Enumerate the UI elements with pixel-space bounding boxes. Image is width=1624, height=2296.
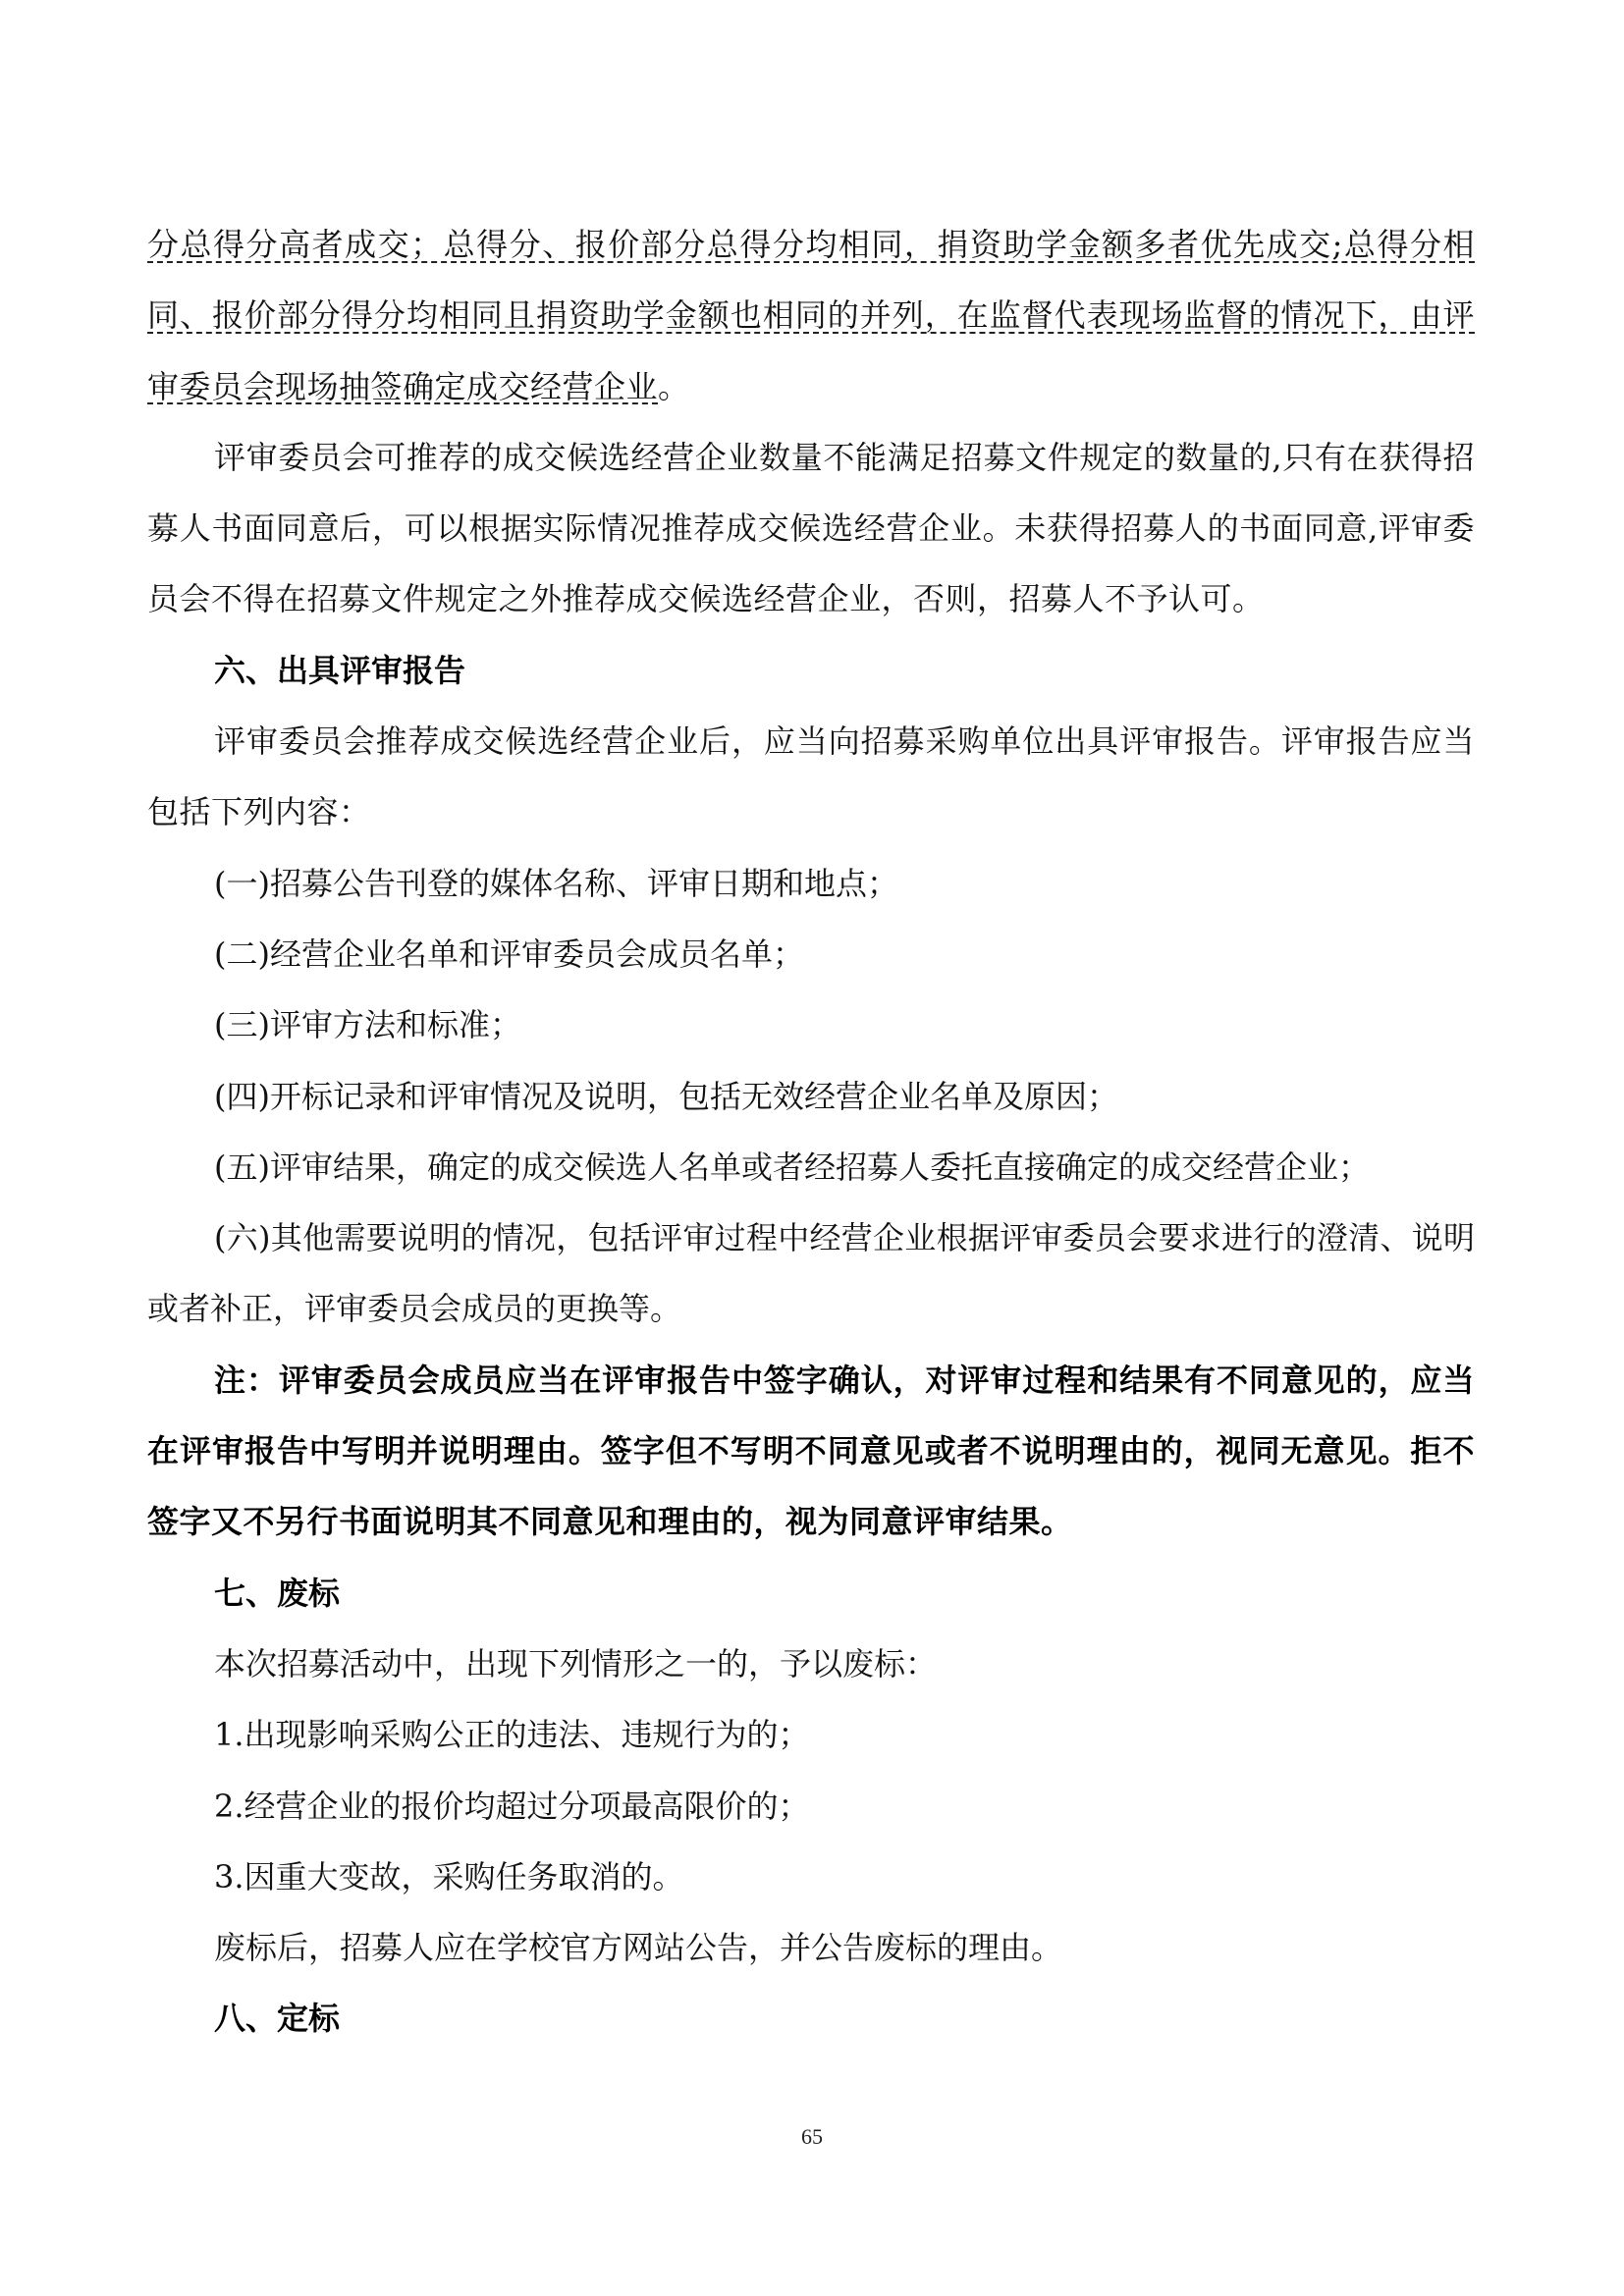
section-6-item-1: (一)招募公告刊登的媒体名称、评审日期和地点；: [147, 848, 1475, 919]
section-6-item-2: (二)经营企业名单和评审委员会成员名单；: [147, 919, 1475, 989]
paragraph-insufficient-candidates: 评审委员会可推荐的成交候选经营企业数量不能满足招募文件规定的数量的,只有在获得招…: [147, 422, 1475, 635]
section-6-item-6: (六)其他需要说明的情况，包括评审过程中经营企业根据评审委员会要求进行的澄清、说…: [147, 1202, 1475, 1345]
section-6-item-5: (五)评审结果，确定的成交候选人名单或者经招募人委托直接确定的成交经营企业；: [147, 1132, 1475, 1202]
document-page: 分总得分高者成交；总得分、报价部分总得分均相同，捐资助学金额多者优先成交;总得分…: [147, 209, 1475, 2055]
section-7-item-3: 3.因重大变故，采购任务取消的。: [147, 1842, 1475, 1912]
section-6-item-3: (三)评审方法和标准；: [147, 989, 1475, 1060]
page-number: 65: [0, 2124, 1624, 2150]
section-6-note: 注：评审委员会成员应当在评审报告中签字确认，对评审过程和结果有不同意见的，应当在…: [147, 1345, 1475, 1558]
section-7-item-1: 1.出现影响采购公正的违法、违规行为的；: [147, 1699, 1475, 1770]
section-6-heading: 六、出具评审报告: [147, 635, 1475, 706]
section-6-intro: 评审委员会推荐成交候选经营企业后，应当向招募采购单位出具评审报告。评审报告应当包…: [147, 706, 1475, 848]
underlined-text: 分总得分高者成交；总得分、报价部分总得分均相同，捐资助学金额多者优先成交;总得分…: [147, 226, 1475, 405]
paragraph-tie-rule: 分总得分高者成交；总得分、报价部分总得分均相同，捐资助学金额多者优先成交;总得分…: [147, 209, 1475, 422]
paragraph-trailing-punctuation: 。: [658, 368, 690, 405]
section-6-item-4: (四)开标记录和评审情况及说明，包括无效经营企业名单及原因；: [147, 1061, 1475, 1132]
section-7-item-2: 2.经营企业的报价均超过分项最高限价的；: [147, 1771, 1475, 1842]
section-8-heading: 八、定标: [147, 1983, 1475, 2054]
section-7-intro: 本次招募活动中，出现下列情形之一的，予以废标：: [147, 1629, 1475, 1699]
section-7-heading: 七、废标: [147, 1558, 1475, 1629]
section-7-closing: 废标后，招募人应在学校官方网站公告，并公告废标的理由。: [147, 1912, 1475, 1983]
